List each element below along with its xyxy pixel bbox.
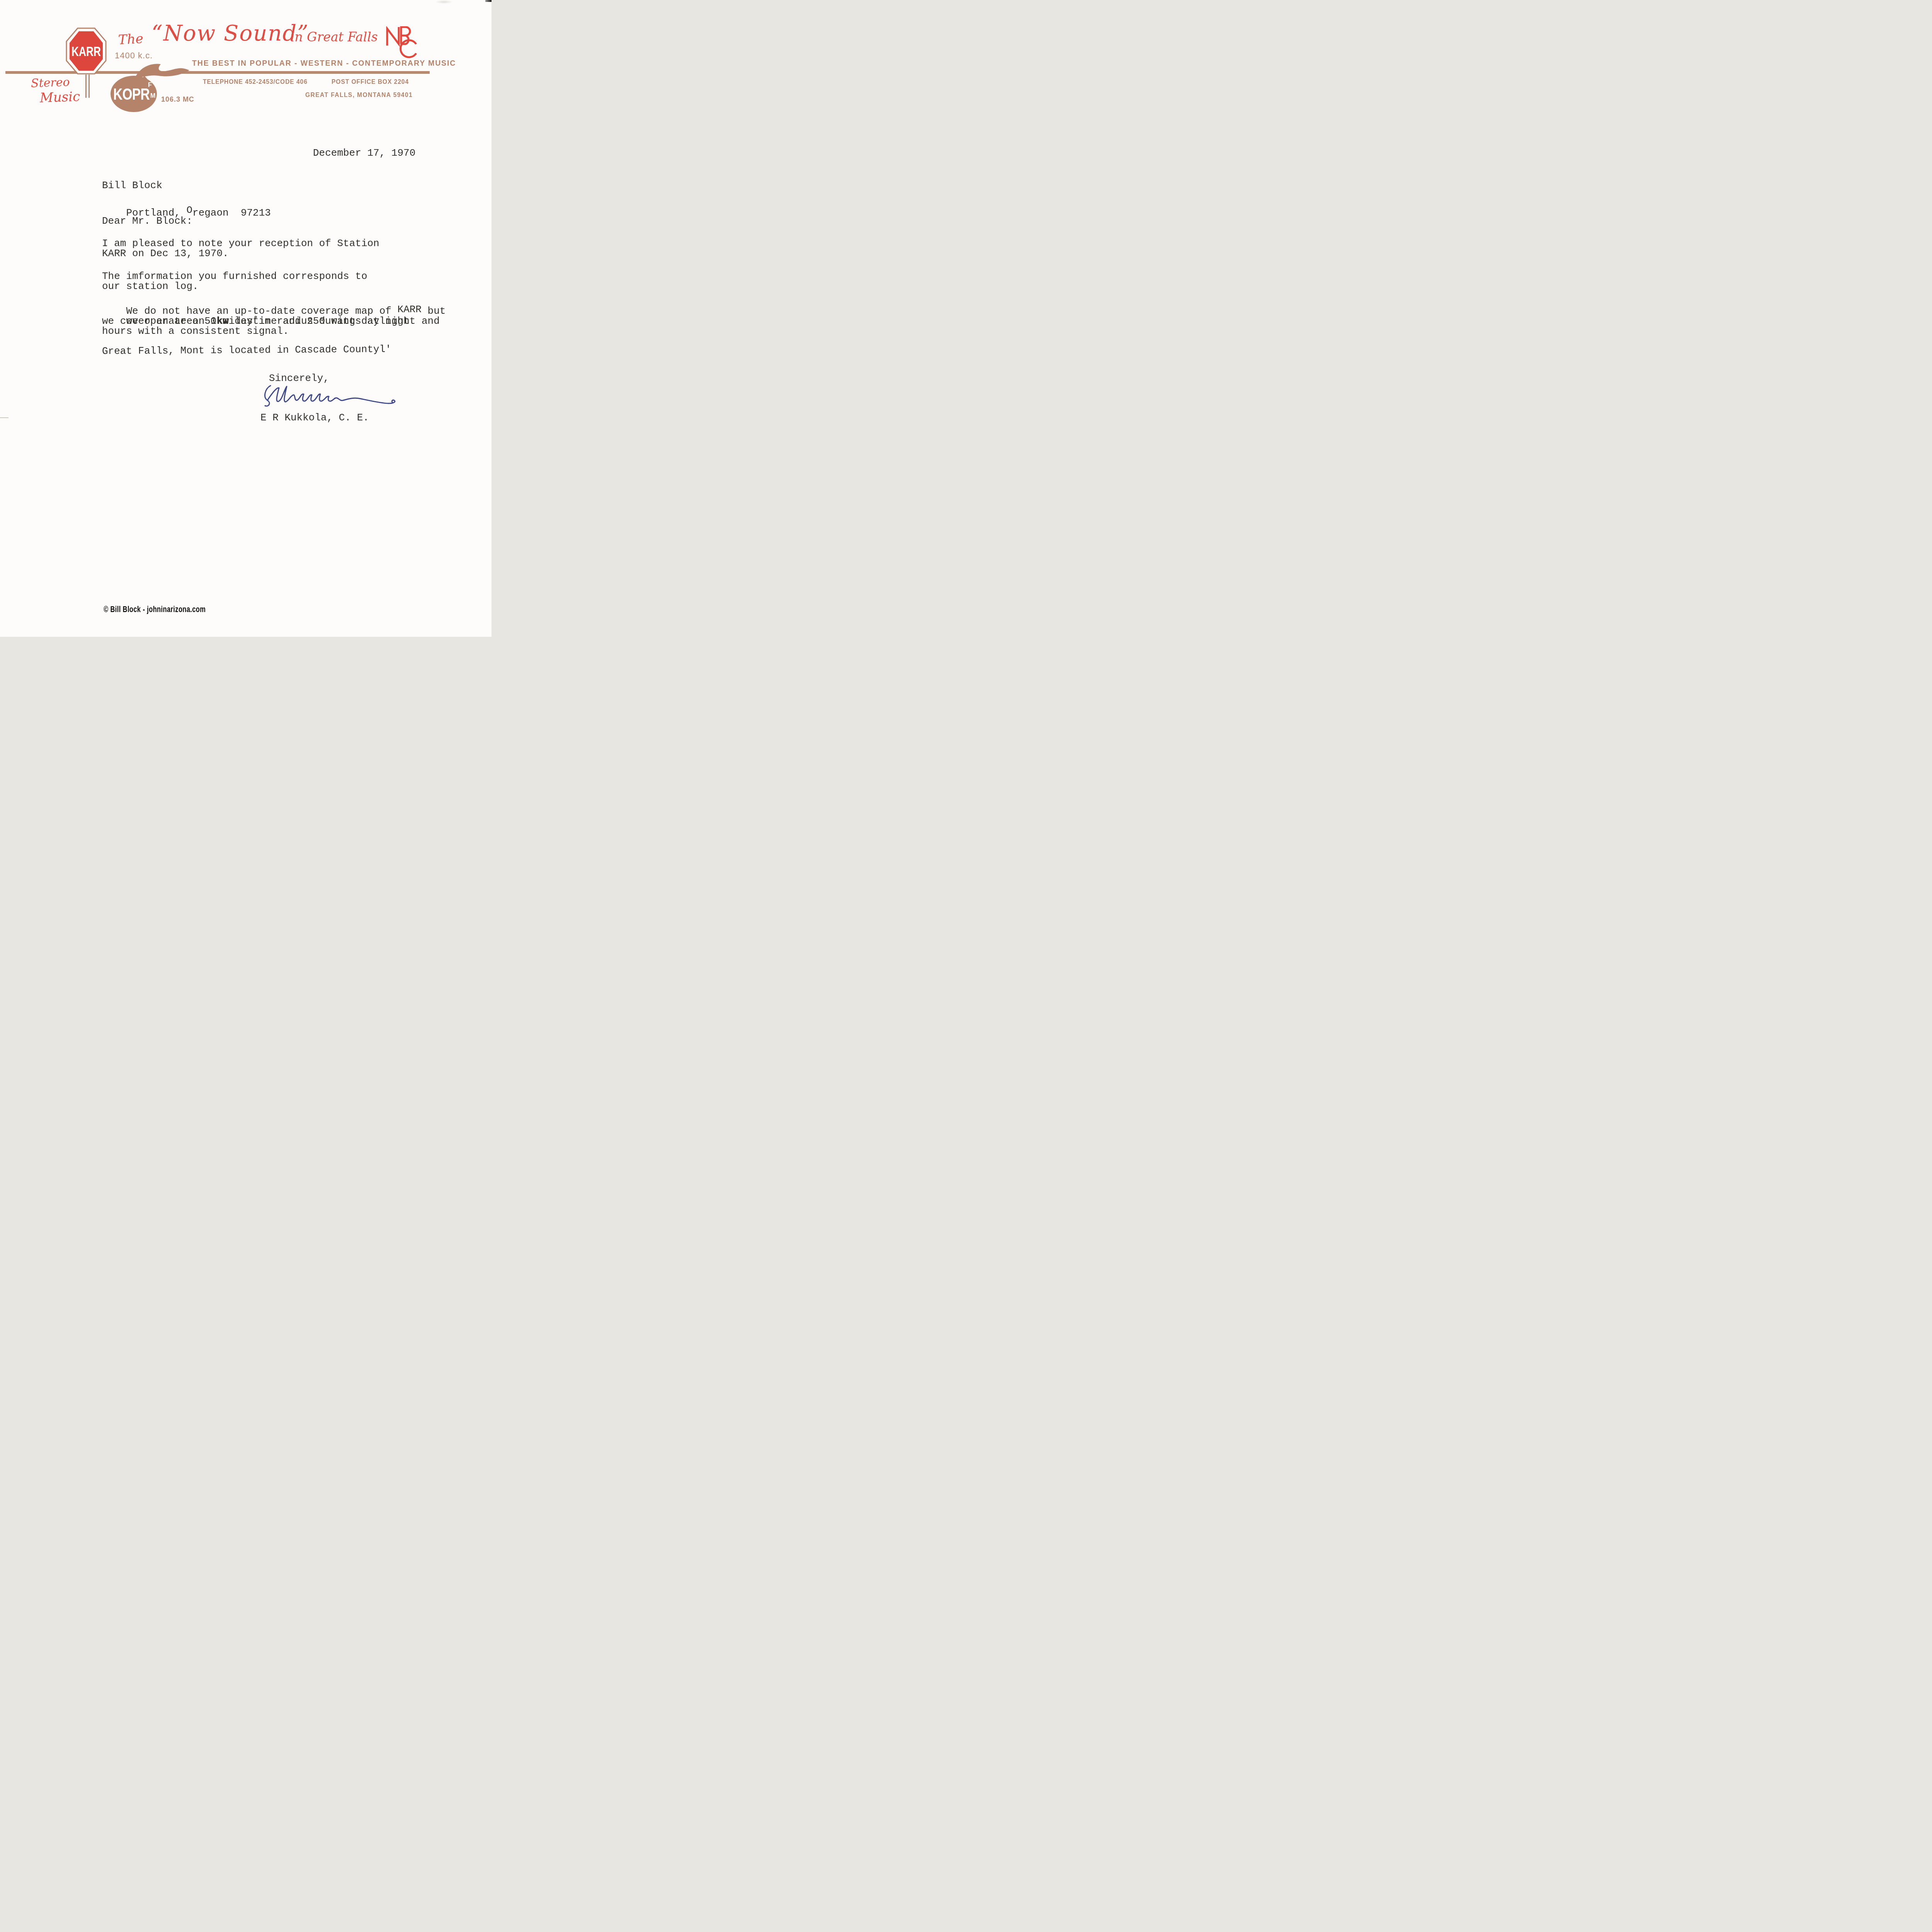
sign-pole-left: [85, 75, 87, 98]
signed-name: E R Kukkola, C. E.: [260, 413, 369, 423]
address-raised-o: O: [186, 204, 192, 216]
paragraph2-line2: our station log.: [102, 281, 199, 291]
paragraph4: Great Falls, Mont is located in Cascade …: [102, 344, 391, 356]
sign-pole-right: [88, 75, 90, 98]
best-music-line: THE BEST IN POPULAR - WESTERN - CONTEMPO…: [192, 59, 456, 68]
tagline-now-sound: “Now Sound”: [151, 21, 309, 46]
signature-stroke: [265, 386, 395, 406]
salutation: Dear Mr. Block:: [102, 216, 192, 226]
kopr-call-letters: KOPR: [113, 85, 150, 104]
tagline-in-great-falls: in Great Falls: [291, 29, 378, 44]
telephone-line: TELEPHONE 452-2453/CODE 406: [203, 78, 308, 86]
scan-artifact-corner: [485, 0, 492, 2]
paragraph1-line2: KARR on Dec 13, 1970.: [102, 248, 229, 259]
signature-handwriting: [261, 380, 405, 413]
city-state-line: GREAT FALLS, MONTANA 59401: [305, 91, 413, 99]
note-flag-shape: [134, 64, 189, 79]
nbc-letter-n: [387, 27, 399, 46]
music-label: Music: [39, 89, 80, 106]
paragraph3-line4: hours with a consistent signal.: [102, 326, 289, 336]
nbc-logo: [385, 26, 420, 62]
scan-artifact-smudge: [435, 0, 453, 4]
paragraph2-line1: The imformation you furnished correspond…: [102, 271, 367, 281]
po-box-line: POST OFFICE BOX 2204: [332, 78, 409, 86]
kopr-logo-oval: KOPR F M: [111, 76, 157, 112]
paragraph1-line1: I am pleased to note your reception of S…: [102, 238, 379, 248]
kopr-band-m: M: [150, 93, 155, 100]
scanned-letter-page: KARR The “Now Sound” in Great Falls 1400…: [0, 0, 492, 637]
stereo-label: Stereo: [31, 75, 70, 90]
letter-date: December 17, 1970: [313, 148, 415, 158]
recipient-name: Bill Block: [102, 180, 162, 190]
scan-artifact-left-tick: [0, 417, 9, 418]
tagline-the: The: [118, 31, 144, 48]
address-suffix: regaon 97213: [192, 207, 271, 219]
paragraph3-line3: we cover an area 50 miles˚in radius duri…: [102, 316, 410, 326]
karr-call-letters: KARR: [71, 44, 101, 59]
kopr-band-f: F: [148, 82, 152, 89]
karr-stop-sign-logo: KARR: [66, 27, 107, 75]
footer-credit: © Bill Block - johninarizona.com: [104, 604, 206, 614]
kopr-frequency: 106.3 MC: [161, 95, 194, 104]
